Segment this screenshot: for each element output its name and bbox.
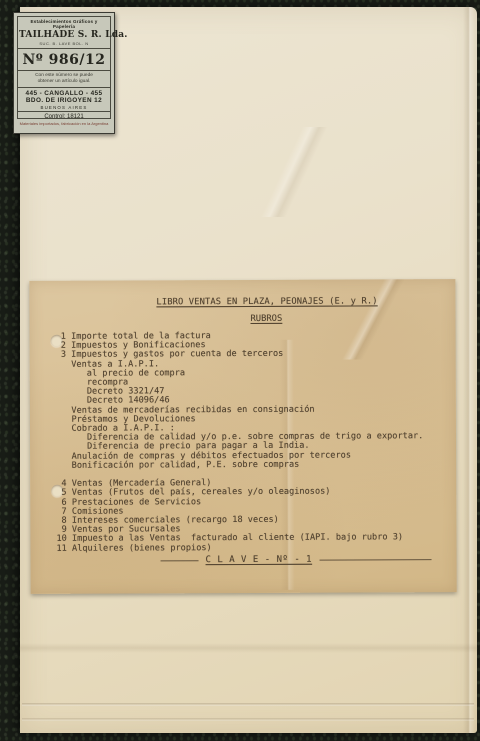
document-subtitle: RUBROS — [250, 314, 282, 324]
document-title: LIBRO VENTAS EN PLAZA, PEONAJES (E. y R.… — [156, 296, 377, 307]
typed-line: 11 Alquileres (bienes propios) — [56, 543, 456, 554]
label-header: Establecimientos Gráficos y Papelería — [19, 19, 109, 29]
label-address-line: 445 - CANGALLO - 455 — [18, 90, 110, 97]
page-crease — [463, 7, 475, 733]
label-subheader: SUC. B. LAVE BOL. N — [19, 41, 109, 46]
label-address-line: BDO. DE IRIGOYEN 12 — [18, 97, 110, 104]
label-top-section: Establecimientos Gráficos y Papelería TA… — [18, 17, 110, 49]
label-note-line: obtener un artículo igual. — [20, 79, 108, 85]
clave-line: C L A V E - Nº - 1 — [154, 554, 457, 565]
page-fold-edge — [22, 718, 474, 721]
label-city: BUENOS AIRES — [18, 105, 110, 110]
dash-rule — [319, 558, 431, 560]
label-serial-number: Nº 986/12 — [18, 49, 110, 71]
clave-label: C L A V E - Nº - 1 — [206, 555, 313, 565]
page-crease — [20, 643, 477, 653]
scanned-book-cover: Establecimientos Gráficos y Papelería TA… — [0, 0, 480, 741]
label-footer-line: Materiales importados, fabricación en la… — [17, 121, 111, 126]
dash-rule — [161, 559, 199, 561]
page-fold-edge — [22, 703, 474, 706]
typed-sheet: LIBRO VENTAS EN PLAZA, PEONAJES (E. y R.… — [29, 279, 456, 594]
page-crease — [170, 127, 410, 217]
stationer-label: Establecimientos Gráficos y Papelería TA… — [13, 12, 115, 134]
label-company-name: TAILHADE S. R. Lda. — [19, 30, 109, 40]
label-frame: Establecimientos Gráficos y Papelería TA… — [17, 16, 111, 119]
label-note: Con este número se puede obtener un artí… — [18, 71, 110, 88]
typed-document: LIBRO VENTAS EN PLAZA, PEONAJES (E. y R.… — [29, 296, 456, 611]
label-address-block: 445 - CANGALLO - 455 BDO. DE IRIGOYEN 12… — [18, 88, 110, 111]
rubros-list: 1 Importe total de la factura 2 Impuesto… — [56, 331, 457, 554]
